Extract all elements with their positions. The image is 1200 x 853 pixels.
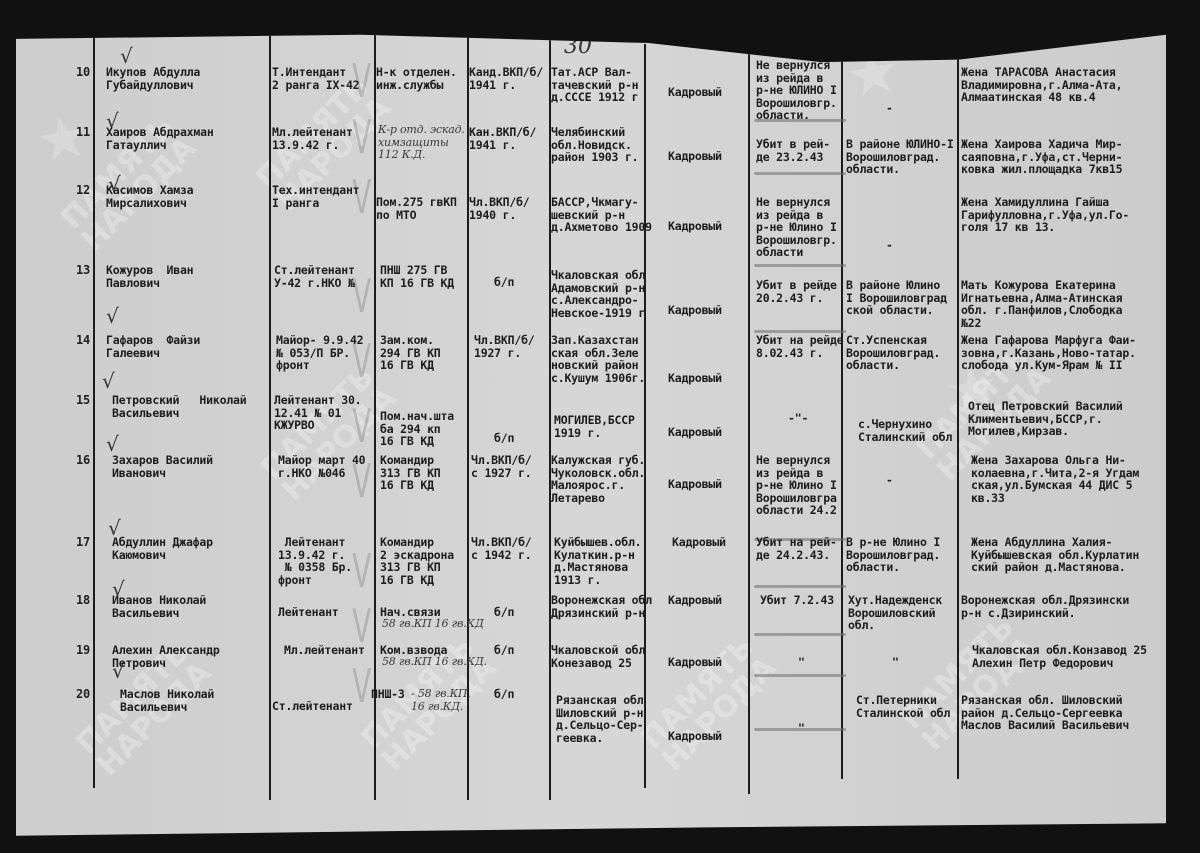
- relatives-address: Мать Кожурова Екатерина Игнатьевна,Алма-…: [961, 279, 1122, 329]
- full-name: Иванов Николай Васильевич: [112, 594, 206, 619]
- row-separator: [754, 172, 846, 175]
- full-name: Маслов Николай Васильевич: [120, 688, 214, 713]
- column-rule: [841, 44, 843, 779]
- fate: Убит на рейде 8.02.43 г.: [756, 334, 843, 359]
- row-number: 15: [76, 394, 90, 407]
- full-name: Гафаров Файзи Галеевич: [106, 334, 200, 359]
- pencil-check-icon: V: [352, 659, 371, 713]
- relatives-address: Жена Захарова Ольга Ни- колаевна,г.Чита,…: [971, 454, 1139, 504]
- relatives-address: Жена ТАРАСОВА Анастасия Владимировна,г.А…: [961, 66, 1122, 104]
- watermark-star-icon: ★: [840, 35, 905, 113]
- rank: Ст.лейтенант У-42 г.НКО №: [274, 264, 355, 289]
- position: ПНШ-3: [371, 688, 405, 701]
- fate: ": [798, 656, 805, 669]
- burial-place: ": [892, 656, 899, 669]
- full-name: Алехин Александр Петрович: [112, 644, 220, 669]
- party-membership: Канд.ВКП/б/ 1941 г.: [469, 66, 543, 91]
- party-membership: Чл.ВКП/б/ 1940 г.: [469, 196, 530, 221]
- party-membership: б/п: [494, 688, 514, 701]
- relatives-address: Жена Хаирова Хадича Мир- саяповна,г.Уфа,…: [961, 138, 1122, 176]
- relatives-address: Чкаловская обл.Конзавод 25 Алехин Петр Ф…: [972, 644, 1147, 669]
- row-number: 19: [76, 644, 90, 657]
- position: Зам.ком. 294 ГВ КП 16 ГВ КД: [380, 334, 441, 372]
- row-separator: [754, 674, 846, 677]
- row-number: 16: [76, 454, 90, 467]
- watermark: ПАМЯТЬ НАРОДА: [896, 611, 1041, 756]
- birthplace-year: Калужская губ. Чуколовск.обл. Малоярос.г…: [551, 454, 645, 504]
- position: Пом.275 гвКП по МТО: [376, 196, 457, 221]
- birthplace-year: Чкаловская обл Адамовский р-н с.Александ…: [551, 269, 645, 319]
- burial-place: Ст.Петерники Сталинской обл: [856, 694, 950, 719]
- watermark-star-icon: ★: [30, 100, 95, 178]
- rank: Майор- 9.9.42 № 053/П БР. фронт: [276, 334, 363, 372]
- column-rule: [269, 20, 271, 800]
- burial-place: -: [886, 102, 893, 115]
- row-separator: [754, 633, 846, 636]
- burial-place: -: [886, 474, 893, 487]
- column-rule: [374, 20, 376, 800]
- party-membership: б/п: [494, 644, 514, 657]
- conscription: Кадровый: [668, 426, 722, 439]
- conscription: Кадровый: [668, 372, 722, 385]
- full-name: Захаров Василий Иванович: [112, 454, 213, 479]
- conscription: Кадровый: [668, 220, 722, 233]
- birthplace-year: Чкаловской обл Конезавод 25: [551, 644, 645, 669]
- conscription: Кадровый: [668, 150, 722, 163]
- burial-place: Ст.Успенская Ворошиловград. области.: [846, 334, 940, 372]
- row-number: 13: [76, 264, 90, 277]
- relatives-address: Рязанская обл. Шиловский район д.Сельцо-…: [961, 694, 1129, 732]
- full-name: Абдуллин Джафар Каюмович: [112, 536, 213, 561]
- fate: Не вернулся из рейда в р-не ЮЛИНО I Воро…: [756, 59, 837, 122]
- burial-place: -: [886, 239, 893, 252]
- fate: Не вернулся из рейда в р-не Юлино I Воро…: [756, 454, 837, 517]
- burial-place: с.Чернухино Сталинский обл: [858, 418, 952, 443]
- rank: Майор март 40 г.НКО №046: [278, 454, 365, 479]
- burial-place: Хут.Надежденск Ворошиловский обл.: [848, 594, 942, 632]
- conscription: Кадровый: [668, 478, 722, 491]
- fate: Не вернулся из рейда в р-не Юлино I Воро…: [756, 196, 837, 259]
- row-separator: [754, 585, 846, 588]
- full-name: Петровский Николай Васильевич: [112, 394, 246, 419]
- party-membership: Чл.ВКП/б/ с 1927 г.: [471, 454, 532, 479]
- position-handwritten: 58 гв.КП 16 гв.КД: [382, 618, 484, 631]
- conscription: Кадровый: [668, 86, 722, 99]
- rank: Лейтенант 13.9.42 г. № 0358 Бр. фронт: [278, 536, 352, 586]
- row-number: 14: [76, 334, 90, 347]
- rank: Ст.лейтенант: [272, 700, 353, 713]
- party-membership: Кан.ВКП/б/ 1941 г.: [469, 126, 536, 151]
- position: ПНШ 275 ГВ КП 16 ГВ КД: [380, 264, 454, 289]
- rank: Т.Интендант 2 ранга IX-42: [272, 66, 359, 91]
- conscription: Кадровый: [672, 536, 726, 549]
- fate: ": [798, 722, 805, 735]
- document-sheet: ПАМЯТЬ НАРОДА ПАМЯТЬ НАРОДА ПАМЯТЬ НАРОД…: [16, 14, 1166, 844]
- relatives-address: Воронежская обл.Дрязински р-н с.Дзиринск…: [961, 594, 1129, 619]
- birthplace-year: Воронежская обл Дрязинский р-н: [551, 594, 652, 619]
- party-membership: Чл.ВКП/б/ 1927 г.: [474, 334, 535, 359]
- conscription: Кадровый: [668, 730, 722, 743]
- burial-place: В р-не Юлино I Ворошиловград. области.: [846, 536, 940, 574]
- column-rule: [748, 44, 750, 794]
- pencil-check-icon: V: [352, 544, 371, 598]
- rank: Тех.интендант I ранга: [272, 184, 359, 209]
- relatives-address: Отец Петровский Василий Климентьевич,БСС…: [968, 400, 1123, 438]
- fate: -"-: [788, 412, 808, 425]
- pencil-check-icon: V: [352, 110, 371, 164]
- full-name: Икупов Абдулла Губайдуллович: [106, 66, 200, 91]
- full-name: Касимов Хамза Мирсалихович: [106, 184, 193, 209]
- pencil-check-icon: V: [352, 269, 371, 323]
- fate: Убит на рей- де 24.2.43.: [756, 536, 837, 561]
- page-number-handwritten: 30: [564, 34, 592, 59]
- position-handwritten: - 58 гв.КП. 16 гв.КД.: [411, 688, 471, 713]
- birthplace-year: Челябинский обл.Новидск. район 1903 г.: [551, 126, 638, 164]
- rank: Мл.лейтенант: [284, 644, 365, 657]
- party-membership: б/п: [494, 606, 514, 619]
- watermark: ПАМЯТЬ НАРОДА: [636, 631, 781, 776]
- row-number: 18: [76, 594, 90, 607]
- birthplace-year: БАССР,Чкмагу- шевский р-н д.Ахметово 190…: [551, 196, 652, 234]
- birthplace-year: Тат.АСР Вал- тачевский р-н д.СССЕ 1912 г: [551, 66, 638, 104]
- position: Н-к отделен. инж.службы: [376, 66, 457, 91]
- birthplace-year: Рязанская обл Шиловский р-н д.Сельцо-Сер…: [556, 694, 643, 744]
- position: Командир 2 эскадрона 313 ГВ КП 16 ГВ КД: [380, 536, 454, 586]
- row-number: 12: [76, 184, 90, 197]
- position-handwritten: К-р отд. эскад. химзащиты 112 К.Д.: [378, 124, 465, 162]
- conscription: Кадровый: [668, 656, 722, 669]
- party-membership: б/п: [494, 432, 514, 445]
- checkmark-icon: √: [102, 369, 115, 393]
- burial-place: В районе ЮЛИНО-I Ворошиловград. области.: [846, 138, 954, 176]
- row-separator: [754, 264, 846, 267]
- relatives-address: Жена Хамидуллина Гайша Гарифулловна,г.Уф…: [961, 196, 1129, 234]
- row-number: 11: [76, 126, 90, 139]
- column-rule: [93, 18, 95, 788]
- burial-place: В районе Юлино I Ворошиловград ской обла…: [846, 279, 947, 317]
- column-rule: [957, 44, 959, 779]
- relatives-address: Жена Гафарова Марфуга Фаи- зовна,г.Казан…: [961, 334, 1136, 372]
- row-number: 10: [76, 66, 90, 79]
- position-handwritten: 58 гв.КП 16 гв.КД.: [382, 656, 487, 669]
- party-membership: б/п: [494, 276, 514, 289]
- full-name: Кожуров Иван Павлович: [106, 264, 193, 289]
- position: Командир 313 ГВ КП 16 ГВ КД: [380, 454, 441, 492]
- full-name: Хаиров Абдрахман Гатауллич: [106, 126, 214, 151]
- position: Пом.нач.шта ба 294 кп 16 ГВ КД: [380, 410, 454, 448]
- fate: Убит в рейде 20.2.43 г.: [756, 279, 837, 304]
- rank: Лейтенант 30. 12.41 № 01 КЖУРВО: [274, 394, 361, 432]
- conscription: Кадровый: [668, 304, 722, 317]
- fate: Убит в рей- де 23.2.43: [756, 138, 830, 163]
- rank: Лейтенант: [278, 606, 339, 619]
- row-number: 17: [76, 536, 90, 549]
- checkmark-icon: √: [106, 304, 119, 328]
- column-rule: [644, 44, 646, 788]
- birthplace-year: Зап.Казахстан ская обл.Зеле новский райо…: [551, 334, 645, 384]
- birthplace-year: Куйбышев.обл. Кулаткин.р-н д.Мастянова 1…: [554, 536, 641, 586]
- fate: Убит 7.2.43: [760, 594, 834, 607]
- party-membership: Чл.ВКП/б/ с 1942 г.: [471, 536, 532, 561]
- relatives-address: Жена Абдуллина Халия- Куйбышевская обл.К…: [971, 536, 1139, 574]
- row-number: 20: [76, 688, 90, 701]
- conscription: Кадровый: [668, 594, 722, 607]
- birthplace-year: МОГИЛЕВ,БССР 1919 г.: [554, 414, 635, 439]
- rank: Мл.лейтенант 13.9.42 г.: [272, 126, 353, 151]
